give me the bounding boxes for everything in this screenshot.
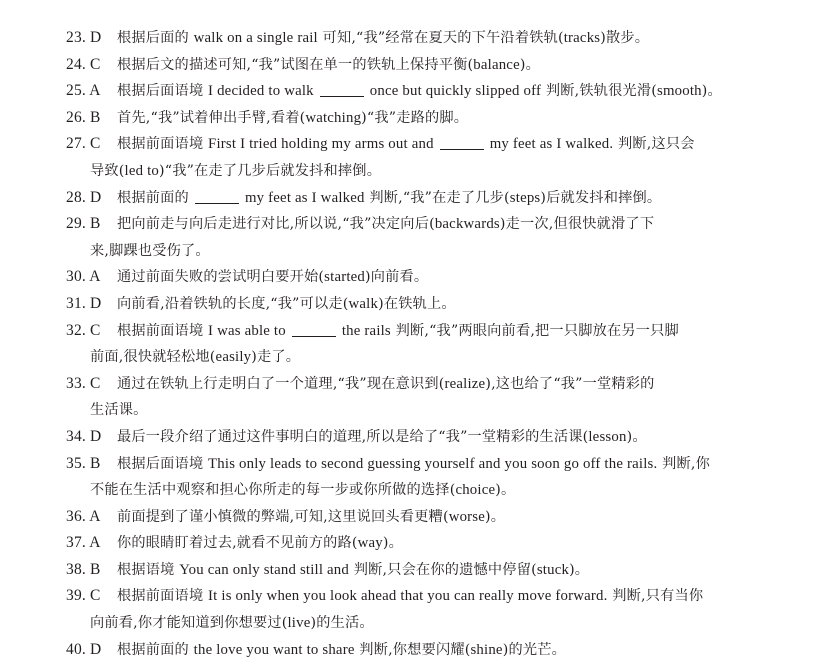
explanation-text: 向前看,你才能知道到你想要过( xyxy=(90,615,287,631)
answer-line: 39. C根据前面语境 It is only when you look ahe… xyxy=(66,583,730,610)
english-quote: This only leads to second guessing yours… xyxy=(208,456,657,472)
explanation-text: )。 xyxy=(495,482,515,498)
english-quote: the love you want to share xyxy=(194,642,355,658)
answer-line: 26. B首先,“我”试着伸出手臂,看着(watching)“我”走路的脚。 xyxy=(66,105,730,132)
answer-line: 37. A你的眼睛盯着过去,就看不见前方的路(way)。 xyxy=(66,530,730,557)
answer-item: 25. A根据后面语境 I decided to walkonce but qu… xyxy=(66,78,730,105)
answer-item: 36. A前面提到了谨小慎微的弊端,可知,这里说回头看更糟(worse)。 xyxy=(66,504,730,531)
question-number-answer: 25. A xyxy=(66,78,117,105)
answer-item: 33. C通过在铁轨上行走明白了一个道理,“我”现在意识到(realize),这… xyxy=(66,371,730,424)
explanation-text: 可知,“我”经常在夏天的下午沿着铁轨( xyxy=(318,30,564,46)
fill-in-blank xyxy=(440,135,484,150)
question-number-answer: 32. C xyxy=(66,318,117,345)
answer-continuation-line: 来,脚踝也受伤了。 xyxy=(66,238,730,265)
explanation-text: 向前看,沿着铁轨的长度,“我”可以走( xyxy=(117,296,349,312)
answer-item: 30. A通过前面失败的尝试明白要开始(started)向前看。 xyxy=(66,264,730,291)
explanation-text: 判断,只有当你 xyxy=(608,588,704,604)
english-quote: stuck xyxy=(537,562,569,578)
answer-item: 23. D根据后面的 walk on a single rail 可知,“我”经… xyxy=(66,25,730,52)
english-quote: tracks xyxy=(564,30,601,46)
explanation-text: )向前看。 xyxy=(365,269,428,285)
answer-line: 40. D根据前面的 the love you want to share 判断… xyxy=(66,637,730,661)
answer-continuation-line: 向前看,你才能知道到你想要过(live)的生活。 xyxy=(66,610,730,637)
english-quote: the rails xyxy=(342,323,391,339)
explanation-text: 导致( xyxy=(90,163,125,179)
english-quote: led to xyxy=(125,163,160,179)
question-number-answer: 28. D xyxy=(66,185,117,212)
answer-item: 28. D根据前面的my feet as I walked 判断,“我”在走了几… xyxy=(66,185,730,212)
explanation-text: 根据前面语境 xyxy=(117,588,208,604)
english-quote: my feet as I walked. xyxy=(490,136,614,152)
english-quote: walk on a single rail xyxy=(194,30,318,46)
explanation-text: )。 xyxy=(383,535,403,551)
answer-explanations: 23. D根据后面的 walk on a single rail 可知,“我”经… xyxy=(0,25,831,661)
explanation-text: )“我”在走了几步后就发抖和摔倒。 xyxy=(159,163,381,179)
question-number-answer: 40. D xyxy=(66,637,117,661)
fill-in-blank xyxy=(195,189,239,204)
explanation-text: 根据前面语境 xyxy=(117,323,208,339)
explanation-text: 根据后面的 xyxy=(117,30,194,46)
explanation-text: 生活课。 xyxy=(90,402,148,418)
explanation-text: 前面,很快就轻松地( xyxy=(90,349,216,365)
explanation-text: )。 xyxy=(702,83,722,99)
explanation-text: 根据前面语境 xyxy=(117,136,208,152)
explanation-text: 判断,你想要闪耀( xyxy=(355,642,471,658)
question-number-answer: 33. C xyxy=(66,371,117,398)
answer-line: 35. B根据后面语境 This only leads to second gu… xyxy=(66,451,730,478)
answer-item: 29. B把向前走与向后走进行对比,所以说,“我”决定向后(backwards)… xyxy=(66,211,730,264)
question-number-answer: 26. B xyxy=(66,105,117,132)
answer-item: 24. C根据后文的描述可知,“我”试图在单一的铁轨上保持平衡(balance)… xyxy=(66,52,730,79)
answer-line: 23. D根据后面的 walk on a single rail 可知,“我”经… xyxy=(66,25,730,52)
answer-continuation-line: 导致(led to)“我”在走了几步后就发抖和摔倒。 xyxy=(66,158,730,185)
answer-line: 33. C通过在铁轨上行走明白了一个道理,“我”现在意识到(realize),这… xyxy=(66,371,730,398)
answer-item: 39. C根据前面语境 It is only when you look ahe… xyxy=(66,583,730,636)
explanation-text: 根据后面语境 xyxy=(117,83,208,99)
explanation-text: 判断,“我”两眼向前看,把一只脚放在另一只脚 xyxy=(391,323,679,339)
english-quote: choice xyxy=(455,482,495,498)
question-number-answer: 31. D xyxy=(66,291,117,318)
question-number-answer: 23. D xyxy=(66,25,117,52)
english-quote: I was able to xyxy=(208,323,286,339)
english-quote: balance xyxy=(473,57,520,73)
answer-line: 34. D最后一段介绍了通过这件事明白的道理,所以是给了“我”一堂精彩的生活课(… xyxy=(66,424,730,451)
answer-line: 38. B根据语境 You can only stand still and 判… xyxy=(66,557,730,584)
answer-line: 30. A通过前面失败的尝试明白要开始(started)向前看。 xyxy=(66,264,730,291)
answer-item: 37. A你的眼睛盯着过去,就看不见前方的路(way)。 xyxy=(66,530,730,557)
question-number-answer: 37. A xyxy=(66,530,117,557)
english-quote: First I tried holding my arms out and xyxy=(208,136,434,152)
answer-item: 32. C根据前面语境 I was able tothe rails 判断,“我… xyxy=(66,318,730,371)
explanation-text: )的光芒。 xyxy=(503,642,566,658)
english-quote: steps xyxy=(510,190,541,206)
question-number-answer: 35. B xyxy=(66,451,117,478)
english-quote: watching xyxy=(305,110,361,126)
answer-line: 24. C根据后文的描述可知,“我”试图在单一的铁轨上保持平衡(balance)… xyxy=(66,52,730,79)
question-number-answer: 34. D xyxy=(66,424,117,451)
answer-continuation-line: 生活课。 xyxy=(66,397,730,424)
explanation-text: )走一次,但很快就滑了下 xyxy=(500,216,654,232)
answer-continuation-line: 不能在生活中观察和担心你所走的每一步或你所做的选择(choice)。 xyxy=(66,477,730,504)
explanation-text: 把向前走与向后走进行对比,所以说,“我”决定向后( xyxy=(117,216,435,232)
explanation-text: 判断,铁轨很光滑( xyxy=(541,83,657,99)
question-number-answer: 27. C xyxy=(66,131,117,158)
explanation-text: 根据后文的描述可知,“我”试图在单一的铁轨上保持平衡( xyxy=(117,57,473,73)
answer-line: 29. B把向前走与向后走进行对比,所以说,“我”决定向后(backwards)… xyxy=(66,211,730,238)
question-number-answer: 36. A xyxy=(66,504,117,531)
explanation-text: )散步。 xyxy=(600,30,649,46)
explanation-text: )。 xyxy=(485,509,505,525)
english-quote: smooth xyxy=(657,83,702,99)
explanation-text: )的生活。 xyxy=(310,615,373,631)
answer-line: 28. D根据前面的my feet as I walked 判断,“我”在走了几… xyxy=(66,185,730,212)
answer-line: 32. C根据前面语境 I was able tothe rails 判断,“我… xyxy=(66,318,730,345)
question-number-answer: 39. C xyxy=(66,583,117,610)
english-quote: worse xyxy=(449,509,485,525)
english-quote: live xyxy=(287,615,310,631)
fill-in-blank xyxy=(320,82,364,97)
answer-item: 26. B首先,“我”试着伸出手臂,看着(watching)“我”走路的脚。 xyxy=(66,105,730,132)
explanation-text: 根据前面的 xyxy=(117,190,189,206)
explanation-text: 通过前面失败的尝试明白要开始( xyxy=(117,269,324,285)
explanation-text: )。 xyxy=(627,429,647,445)
answer-continuation-line: 前面,很快就轻松地(easily)走了。 xyxy=(66,344,730,371)
explanation-text: 通过在铁轨上行走明白了一个道理,“我”现在意识到( xyxy=(117,376,445,392)
explanation-text: 根据语境 xyxy=(117,562,179,578)
explanation-text: 不能在生活中观察和担心你所走的每一步或你所做的选择( xyxy=(90,482,455,498)
english-quote: once but quickly slipped off xyxy=(370,83,541,99)
answer-item: 38. B根据语境 You can only stand still and 判… xyxy=(66,557,730,584)
explanation-text: )。 xyxy=(569,562,589,578)
answer-item: 40. D根据前面的 the love you want to share 判断… xyxy=(66,637,730,661)
answer-line: 31. D向前看,沿着铁轨的长度,“我”可以走(walk)在铁轨上。 xyxy=(66,291,730,318)
english-quote: backwards xyxy=(435,216,500,232)
explanation-text: )走了。 xyxy=(251,349,300,365)
english-quote: lesson xyxy=(588,429,626,445)
english-quote: I decided to walk xyxy=(208,83,314,99)
explanation-text: )后就发抖和摔倒。 xyxy=(540,190,661,206)
explanation-text: 判断,这只会 xyxy=(613,136,694,152)
question-number-answer: 24. C xyxy=(66,52,117,79)
answer-line: 25. A根据后面语境 I decided to walkonce but qu… xyxy=(66,78,730,105)
explanation-text: 来,脚踝也受伤了。 xyxy=(90,243,210,259)
explanation-text: 根据前面的 xyxy=(117,642,194,658)
answer-line: 27. C根据前面语境 First I tried holding my arm… xyxy=(66,131,730,158)
explanation-text: 前面提到了谨小慎微的弊端,可知,这里说回头看更糟( xyxy=(117,509,449,525)
fill-in-blank xyxy=(292,322,336,337)
explanation-text: 你的眼睛盯着过去,就看不见前方的路( xyxy=(117,535,358,551)
question-number-answer: 38. B xyxy=(66,557,117,584)
explanation-text: 判断,只会在你的遗憾中停留( xyxy=(349,562,537,578)
english-quote: my feet as I walked xyxy=(245,190,365,206)
question-number-answer: 30. A xyxy=(66,264,117,291)
explanation-text: 最后一段介绍了通过这件事明白的道理,所以是给了“我”一堂精彩的生活课( xyxy=(117,429,588,445)
explanation-text: ),这也给了“我”一堂精彩的 xyxy=(485,376,654,392)
answer-item: 34. D最后一段介绍了通过这件事明白的道理,所以是给了“我”一堂精彩的生活课(… xyxy=(66,424,730,451)
answer-line: 36. A前面提到了谨小慎微的弊端,可知,这里说回头看更糟(worse)。 xyxy=(66,504,730,531)
english-quote: way xyxy=(358,535,383,551)
explanation-text: )在铁轨上。 xyxy=(378,296,456,312)
english-quote: started xyxy=(324,269,365,285)
explanation-text: )。 xyxy=(520,57,540,73)
english-quote: easily xyxy=(216,349,252,365)
english-quote: walk xyxy=(349,296,379,312)
english-quote: It is only when you look ahead that you … xyxy=(208,588,607,604)
answer-item: 31. D向前看,沿着铁轨的长度,“我”可以走(walk)在铁轨上。 xyxy=(66,291,730,318)
explanation-text: 判断,你 xyxy=(657,456,710,472)
explanation-text: 根据后面语境 xyxy=(117,456,208,472)
english-quote: shine xyxy=(470,642,502,658)
answer-item: 27. C根据前面语境 First I tried holding my arm… xyxy=(66,131,730,184)
explanation-text: )“我”走路的脚。 xyxy=(361,110,468,126)
english-quote: realize xyxy=(445,376,486,392)
question-number-answer: 29. B xyxy=(66,211,117,238)
explanation-text: 判断,“我”在走了几步( xyxy=(365,190,510,206)
answer-item: 35. B根据后面语境 This only leads to second gu… xyxy=(66,451,730,504)
explanation-text: 首先,“我”试着伸出手臂,看着( xyxy=(117,110,305,126)
english-quote: You can only stand still and xyxy=(179,562,349,578)
